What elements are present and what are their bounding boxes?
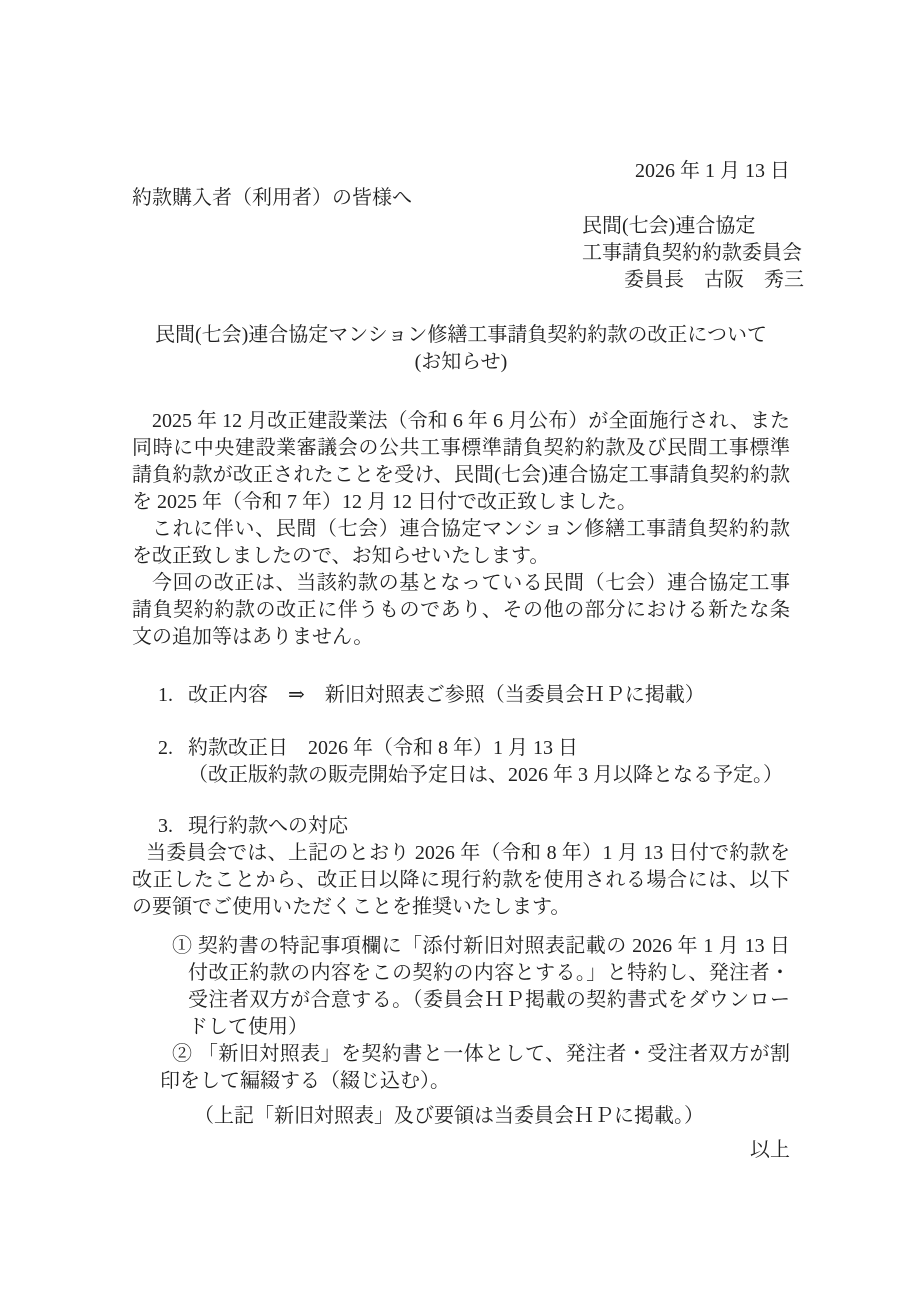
paragraph-1: 2025 年 12 月改正建設業法（令和 6 年 6 月公布）が全面施行され、ま… — [132, 408, 790, 516]
document-date: 2026 年 1 月 13 日 — [132, 158, 790, 185]
sender-block: 民間(七会)連合協定 工事請負契約約款委員会 委員長 古阪 秀三 — [582, 213, 790, 294]
circled-sub-items: ① 契約書の特記事項欄に「添付新旧対照表記載の 2026 年 1 月 13 日付… — [132, 933, 790, 1095]
sub-item-1-marker: ① — [172, 935, 192, 957]
document-content: 2026 年 1 月 13 日 約款購入者（利用者）の皆様へ 民間(七会)連合協… — [132, 158, 790, 1164]
document-subtitle: (お知らせ) — [132, 349, 790, 376]
sub-item-2: ② 「新旧対照表」を契約書と一体として、発注者・受注者双方が割印をして編綴する（… — [132, 1041, 790, 1095]
hp-note: （上記「新旧対照表」及び要領は当委員会ＨＰに掲載。） — [132, 1103, 790, 1130]
document-title: 民間(七会)連合協定マンション修繕工事請負契約約款の改正について — [132, 322, 790, 349]
title-block: 民間(七会)連合協定マンション修繕工事請負契約約款の改正について (お知らせ) — [132, 322, 790, 376]
item-3-body: 当委員会では、上記のとおり 2026 年（令和 8 年）1 月 13 日付で約款… — [132, 840, 790, 921]
numbered-item-3: 3. 現行約款への対応 — [132, 813, 790, 840]
item-3-text: 現行約款への対応 — [188, 815, 348, 837]
item-2-note: （改正版約款の販売開始予定日は、2026 年 3 月以降となる予定。） — [188, 762, 790, 789]
item-2-text: 約款改正日 2026 年（令和 8 年）1 月 13 日 — [188, 737, 578, 759]
paragraph-2: これに伴い、民間（七会）連合協定マンション修繕工事請負契約約款を改正致しましたの… — [132, 516, 790, 570]
item-3-number: 3. — [158, 813, 173, 840]
paragraph-3: 今回の改正は、当該約款の基となっている民間（七会）連合協定工事請負契約約款の改正… — [132, 570, 790, 651]
sub-item-1: ① 契約書の特記事項欄に「添付新旧対照表記載の 2026 年 1 月 13 日付… — [132, 933, 790, 1041]
sub-item-1-text: 契約書の特記事項欄に「添付新旧対照表記載の 2026 年 1 月 13 日付改正… — [188, 935, 790, 1038]
sub-item-2-marker: ② — [172, 1043, 192, 1065]
item-1-number: 1. — [158, 682, 173, 709]
item-1-text: 改正内容 ⇒ 新旧対照表ご参照（当委員会ＨＰに掲載） — [188, 684, 705, 706]
sender-org-line1: 民間(七会)連合協定 — [582, 213, 790, 240]
item-2-number: 2. — [158, 735, 173, 762]
closing-ijou: 以上 — [132, 1137, 790, 1164]
body-paragraphs: 2025 年 12 月改正建設業法（令和 6 年 6 月公布）が全面施行され、ま… — [132, 408, 790, 651]
addressee-line: 約款購入者（利用者）の皆様へ — [132, 185, 790, 212]
sender-chairman: 委員長 古阪 秀三 — [582, 267, 790, 294]
numbered-item-1: 1. 改正内容 ⇒ 新旧対照表ご参照（当委員会ＨＰに掲載） — [132, 682, 790, 709]
sub-item-2-text: 「新旧対照表」を契約書と一体として、発注者・受注者双方が割印をして編綴する（綴じ… — [160, 1043, 790, 1092]
document-page: 2026 年 1 月 13 日 約款購入者（利用者）の皆様へ 民間(七会)連合協… — [0, 0, 919, 1300]
numbered-item-2: 2. 約款改正日 2026 年（令和 8 年）1 月 13 日 （改正版約款の販… — [132, 735, 790, 789]
sender-org-line2: 工事請負契約約款委員会 — [582, 240, 790, 267]
